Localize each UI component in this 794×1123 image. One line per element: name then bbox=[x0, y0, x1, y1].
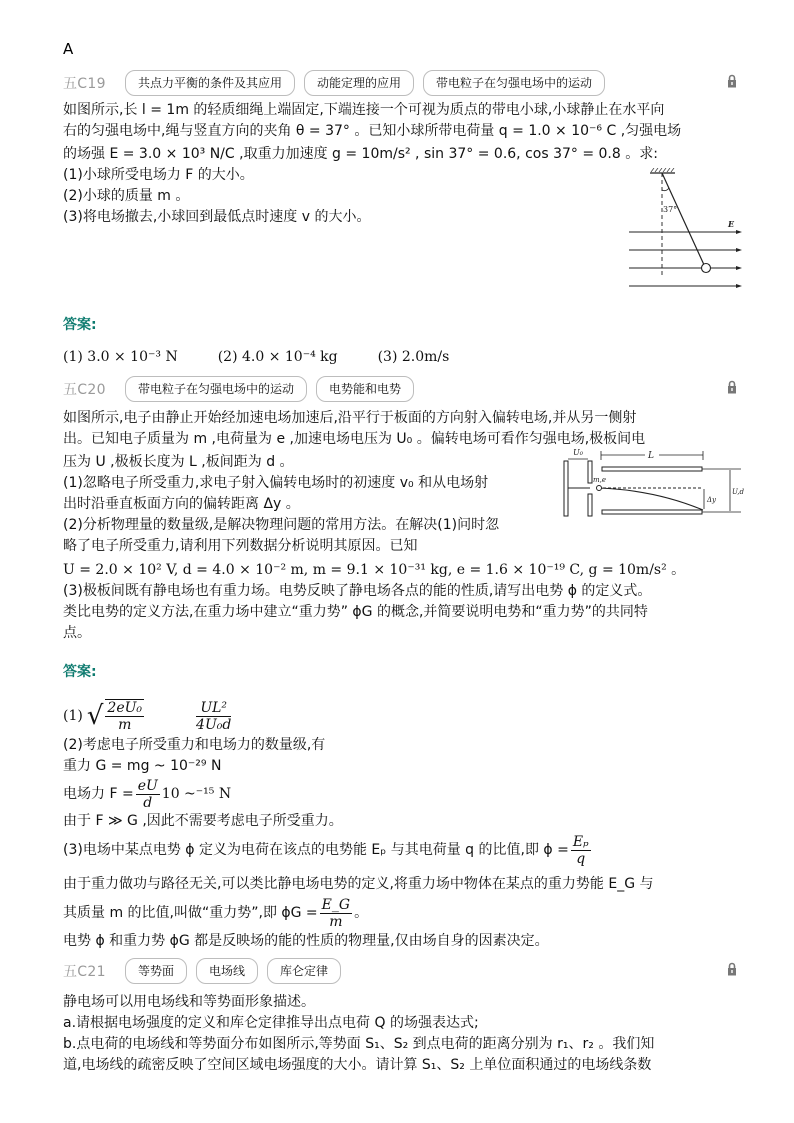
fraction-gravity-potential: E_Gm bbox=[320, 897, 352, 930]
fraction-v0: 2eU₀ m bbox=[105, 699, 144, 733]
answer-item: (3) 2.0m/s bbox=[378, 347, 450, 368]
fraction-dy: UL² 4U₀d bbox=[196, 700, 231, 733]
stem-line: 如图所示,长 l = 1m 的轻质细绳上端固定,下端连接一个可视为质点的带电小球… bbox=[63, 100, 743, 121]
answer-item: (2) 4.0 × 10⁻⁴ kg bbox=[218, 347, 338, 368]
tag-pill[interactable]: 电势能和电势 bbox=[316, 376, 414, 402]
stem-line: 右的匀强电场中,绳与竖直方向的夹角 θ = 37° 。已知小球所带电荷量 q =… bbox=[63, 121, 743, 142]
stem-line: 类比电势的定义方法,在重力场中建立“重力势” ϕG 的概念,并简要说明电势和“重… bbox=[63, 602, 743, 623]
stem-line: 出。已知电子质量为 m ,电荷量为 e ,加速电场电压为 U₀ 。偏转电场可看作… bbox=[63, 429, 743, 450]
question-header-c21: 五C21 等势面 电场线 库仑定律 bbox=[63, 958, 743, 984]
svg-text:m,e: m,e bbox=[593, 476, 606, 484]
answer-c20-part1: (1) √ 2eU₀ m UL² 4U₀d bbox=[63, 697, 743, 735]
lock-icon[interactable] bbox=[727, 962, 737, 976]
svg-text:L: L bbox=[647, 451, 654, 461]
question-id: 五C20 bbox=[63, 379, 125, 399]
fraction-potential: Eₚq bbox=[571, 834, 591, 867]
stem-line: (3)极板间既有静电场也有重力场。电势反映了静电场各点的能的性质,请写出电势 ϕ… bbox=[63, 581, 743, 602]
answer-c19: (1) 3.0 × 10⁻³ N (2) 4.0 × 10⁻⁴ kg (3) 2… bbox=[63, 347, 743, 368]
question-id: 五C19 bbox=[63, 73, 125, 93]
stem-line: 的场强 E = 3.0 × 10³ N/C ,取重力加速度 g = 10m/s²… bbox=[63, 144, 743, 165]
tag-pill[interactable]: 带电粒子在匀强电场中的运动 bbox=[423, 70, 605, 96]
question-header-c20: 五C20 带电粒子在匀强电场中的运动 电势能和电势 bbox=[63, 376, 743, 402]
tag-pill[interactable]: 动能定理的应用 bbox=[304, 70, 414, 96]
pendulum-figure: 37° E bbox=[625, 168, 745, 293]
svg-text:E: E bbox=[727, 219, 735, 229]
stem-line: 略了电子所受重力,请利用下列数据分析说明其原因。已知 bbox=[63, 536, 743, 557]
question-id: 五C21 bbox=[63, 961, 125, 981]
lock-icon[interactable] bbox=[727, 74, 737, 88]
tag-pill[interactable]: 电场线 bbox=[196, 958, 258, 984]
svg-text:37°: 37° bbox=[663, 205, 677, 214]
question-header-c19: 五C19 共点力平衡的条件及其应用 动能定理的应用 带电粒子在匀强电场中的运动 bbox=[63, 70, 743, 96]
tag-pill[interactable]: 等势面 bbox=[125, 958, 187, 984]
stem-line: 静电场可以用电场线和等势面形象描述。 bbox=[63, 992, 743, 1013]
tag-pill[interactable]: 共点力平衡的条件及其应用 bbox=[125, 70, 295, 96]
stem-line: 道,电场线的疏密反映了空间区域电场强度的大小。请计算 S₁、S₂ 上单位面积通过… bbox=[63, 1055, 743, 1076]
question-stem-c21: 静电场可以用电场线和等势面形象描述。 a.请根据电场强度的定义和库仑定律推导出点… bbox=[63, 992, 743, 1076]
answer-label: 答案: bbox=[63, 314, 97, 334]
question-stem-c20: 如图所示,电子由静止开始经加速电场加速后,沿平行于板面的方向射入偏转电场,并从另… bbox=[63, 408, 743, 644]
stem-line: U = 2.0 × 10² V, d = 4.0 × 10⁻² m, m = 9… bbox=[63, 560, 743, 581]
stem-line: b.点电荷的电场线和等势面分布如图所示,等势面 S₁、S₂ 到点电荷的距离分别为… bbox=[63, 1034, 743, 1055]
fraction-force: eUd bbox=[136, 778, 160, 811]
answer-item: (1) 3.0 × 10⁻³ N bbox=[63, 347, 178, 368]
lock-icon[interactable] bbox=[727, 380, 737, 394]
answer-label: 答案: bbox=[63, 661, 97, 681]
answer-c20-part2: (2)考虑电子所受重力和电场力的数量级,有 重力 G = mg ~ 10⁻²⁹ … bbox=[63, 735, 743, 952]
tag-pill[interactable]: 带电粒子在匀强电场中的运动 bbox=[125, 376, 307, 402]
deflection-figure: U₀ L m,e Δy U,d bbox=[555, 448, 745, 520]
tag-pill[interactable]: 库仑定律 bbox=[267, 958, 341, 984]
stem-line: 点。 bbox=[63, 623, 743, 644]
svg-text:U,d: U,d bbox=[732, 488, 744, 496]
stem-line: a.请根据电场强度的定义和库仑定律推导出点电荷 Q 的场强表达式; bbox=[63, 1013, 743, 1034]
page-label: A bbox=[63, 40, 73, 58]
stem-line: 如图所示,电子由静止开始经加速电场加速后,沿平行于板面的方向射入偏转电场,并从另… bbox=[63, 408, 743, 429]
svg-text:U₀: U₀ bbox=[573, 448, 584, 457]
svg-text:Δy: Δy bbox=[706, 496, 717, 504]
